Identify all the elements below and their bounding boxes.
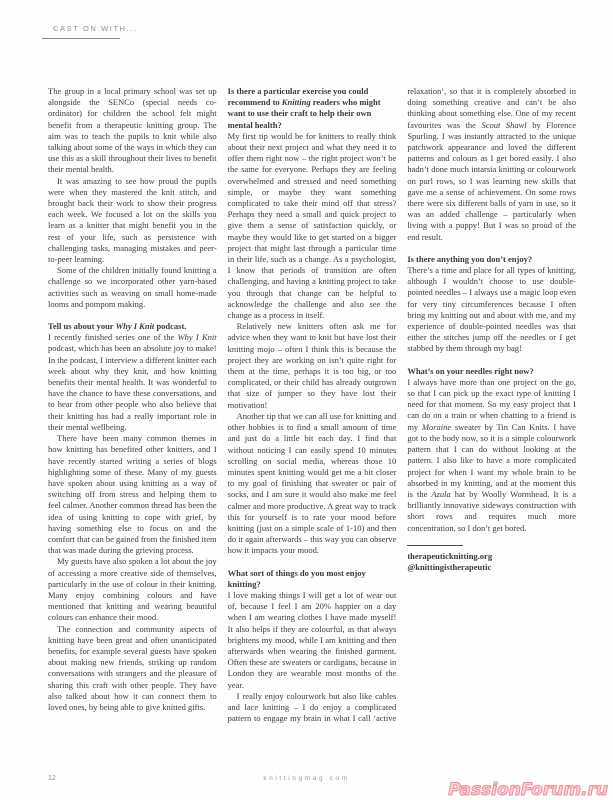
paragraph: My guests have also spoken a lot about t… [48,556,217,623]
paragraph: I recently finished series one of the Wh… [48,332,217,433]
paragraph: Relatively new knitters often ask me for… [228,321,397,411]
article-columns: The group in a local primary school was … [48,86,576,734]
paragraph: The connection and community aspects of … [48,624,217,714]
contact-links: therapeuticknitting.org@knittingistherap… [407,551,576,573]
paragraph: I always have more than one project on t… [407,377,576,534]
paragraph: The group in a local primary school was … [48,86,217,176]
contact-line: @knittingistherapeutic [407,562,576,573]
paragraph: There’s a time and place for all types o… [407,265,576,355]
watermark: PassionForum.ru [448,780,608,800]
contact-line: therapeuticknitting.org [407,551,576,562]
paragraph: There have been many common themes in ho… [48,433,217,556]
paragraph: I love making things I will get a lot of… [228,590,397,691]
paragraph: It was amazing to see how proud the pupi… [48,176,217,266]
paragraph: Some of the children initially found kni… [48,265,217,310]
magazine-page: CAST ON WITH... The group in a local pri… [0,0,613,800]
question-heading: What’s on your needles right now? [407,366,576,377]
paragraph: Another tip that we can all use for knit… [228,411,397,557]
section-header-rule [42,38,120,39]
section-header-label: CAST ON WITH... [42,24,138,33]
question-heading: Tell us about your Why I Knit podcast. [48,321,217,332]
question-heading: Is there a particular exercise you could… [228,86,397,131]
paragraph: My first tip would be for knitters to re… [228,131,397,321]
question-heading: Is there anything you don’t enjoy? [407,254,576,265]
contact-divider [407,545,463,546]
section-header: CAST ON WITH... [42,24,138,39]
question-heading: What sort of things do you most enjoy kn… [228,568,397,590]
